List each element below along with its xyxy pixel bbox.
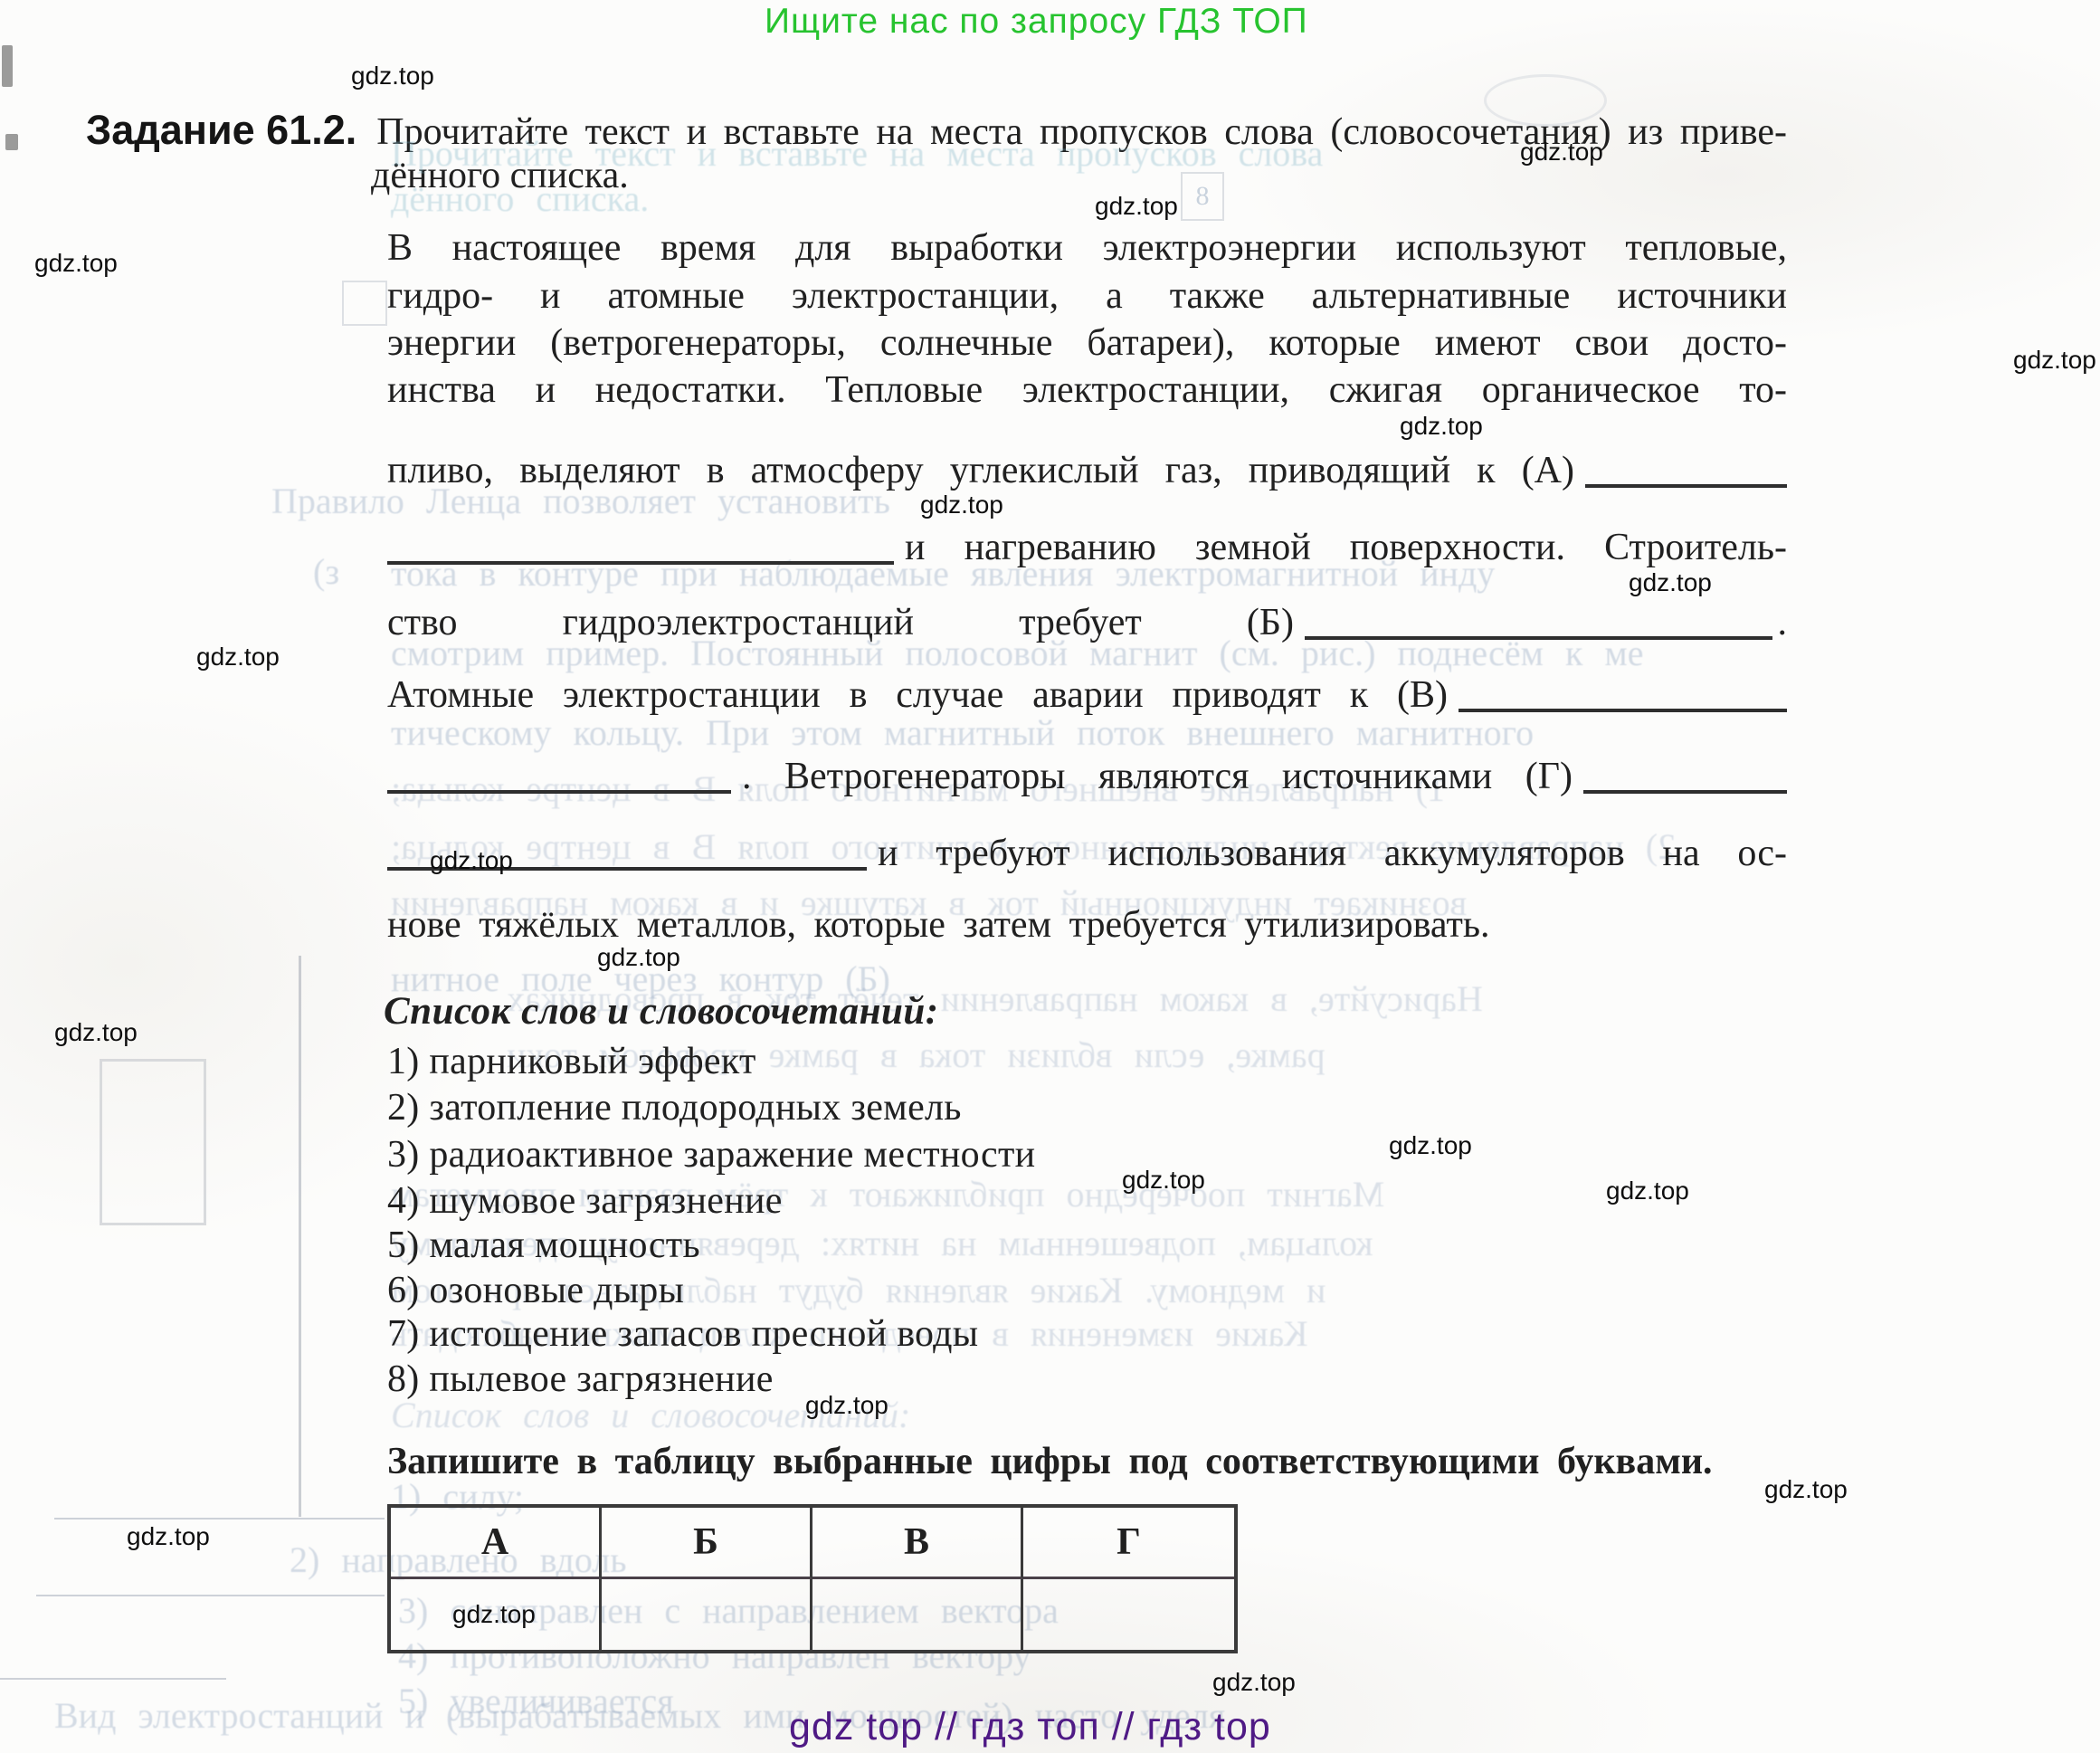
scanned-workbook-page: Ищите нас по запросу ГДЗ ТОП Задание 61.… — [0, 0, 2100, 1753]
passage-line: гидро- и атомные электростанции, а также… — [387, 275, 1787, 317]
gdz-watermark: gdz.top — [1212, 1668, 1296, 1697]
gdz-watermark: gdz.top — [1389, 1131, 1472, 1160]
bleedthrough-text: (з — [313, 550, 339, 593]
gdz-watermark: gdz.top — [452, 1600, 536, 1629]
passage-line-text: . Ветрогенераторы являются источниками (… — [742, 757, 1573, 797]
passage-line: . Ветрогенераторы являются источниками (… — [387, 750, 1787, 797]
table-answer-cell — [1023, 1579, 1234, 1650]
gdz-watermark: gdz.top — [920, 491, 1003, 519]
answer-table: АБВГ — [387, 1504, 1238, 1653]
gdz-watermark: gdz.top — [597, 943, 680, 972]
word-list-item: 8) пылевое загрязнение — [387, 1358, 774, 1401]
word-list-item: 6) озоновые дыры — [387, 1269, 684, 1312]
passage-line: пливо, выделяют в атмосферу углекислый г… — [387, 444, 1787, 491]
gdz-watermark: gdz.top — [351, 62, 434, 91]
scan-artifact-hline — [36, 1595, 385, 1596]
gdz-watermark: gdz.top — [805, 1391, 888, 1420]
passage-line: инства и недостатки. Тепловые электроста… — [387, 369, 1787, 411]
scan-artifact-vline — [299, 956, 301, 1517]
passage-line-text: и нагреванию земной поверхности. Строите… — [905, 528, 1787, 568]
gdz-watermark: gdz.top — [1400, 412, 1483, 441]
gdz-watermark: gdz.top — [127, 1522, 210, 1551]
passage-line: В настоящее время для выработки электроэ… — [387, 227, 1787, 269]
scan-artifact-ellipse — [1484, 74, 1607, 127]
word-list-item: 2) затопление плодородных земель — [387, 1086, 962, 1129]
table-header-cell: А — [391, 1508, 602, 1579]
scan-artifact-speck — [5, 134, 18, 150]
table-answer-cell — [602, 1579, 812, 1650]
passage-line-text: ство гидроэлектростанций требует (Б) — [387, 603, 1294, 643]
answer-blank-line — [387, 779, 731, 794]
passage-line: и нагреванию земной поверхности. Строите… — [387, 521, 1787, 568]
word-list-item: 3) радиоактивное заражение местности — [387, 1133, 1035, 1177]
gdz-watermark: gdz.top — [196, 643, 280, 672]
scan-artifact-boxglyph — [342, 281, 387, 326]
table-header-cell: В — [812, 1508, 1023, 1579]
passage-line: и требуют использования аккумуляторов на… — [387, 827, 1787, 874]
word-list-item: 5) малая мощность — [387, 1224, 700, 1267]
scan-artifact-hline — [0, 1678, 226, 1680]
bleedthrough-text: тическому кольцу. При этом магнитный пот… — [391, 711, 1534, 754]
scan-artifact-speck — [2, 45, 13, 87]
word-list-item: 4) шумовое загрязнение — [387, 1179, 783, 1223]
answer-blank-line — [387, 550, 894, 565]
scan-artifact-boxglyph: 8 — [1181, 172, 1224, 221]
promo-banner-top: Ищите нас по запросу ГДЗ ТОП — [765, 2, 1308, 42]
passage-line: ство гидроэлектростанций требует (Б). — [387, 596, 1787, 643]
gdz-watermark: gdz.top — [430, 846, 513, 875]
answer-blank-line — [1583, 779, 1787, 794]
answer-blank-line — [1585, 473, 1787, 488]
gdz-watermark: gdz.top — [2013, 346, 2096, 375]
scan-artifact-hline — [54, 1518, 385, 1520]
gdz-watermark: gdz.top — [34, 249, 118, 278]
passage-line: нове тяжёлых металлов, которые затем тре… — [387, 903, 1489, 947]
bleedthrough-text: Прочитайте текст и вставьте на места про… — [391, 132, 1323, 175]
answer-blank-line — [1459, 698, 1787, 712]
gdz-watermark: gdz.top — [1629, 568, 1712, 597]
gdz-watermark: gdz.top — [1606, 1177, 1689, 1205]
answer-blank-line — [1305, 625, 1772, 640]
gdz-watermark: gdz.top — [1520, 138, 1603, 167]
bleedthrough-text: дённого списка. — [391, 177, 649, 220]
passage-line-text: пливо, выделяют в атмосферу углекислый г… — [387, 451, 1574, 491]
scan-artifact-rect — [100, 1059, 206, 1225]
promo-banner-bottom: gdz top // гдз топ // гдз top — [789, 1705, 1271, 1749]
passage-line: Атомные электростанции в случае аварии п… — [387, 669, 1787, 716]
line-end-period: . — [1778, 603, 1788, 643]
word-list-heading: Список слов и словосочетаний: — [384, 989, 939, 1034]
passage-line: энергии (ветрогенераторы, солнечные бата… — [387, 322, 1787, 364]
table-caption: Запишите в таблицу выбранные цифры под с… — [387, 1440, 1713, 1483]
passage-line-text: и требуют использования аккумуляторов на… — [878, 834, 1787, 874]
gdz-watermark: gdz.top — [54, 1018, 138, 1047]
table-answer-cell — [812, 1579, 1023, 1650]
gdz-watermark: gdz.top — [1095, 192, 1178, 221]
word-list-item: 1) парниковый эффект — [387, 1040, 756, 1083]
gdz-watermark: gdz.top — [1764, 1475, 1848, 1504]
gdz-watermark: gdz.top — [1122, 1166, 1205, 1195]
word-list-item: 7) истощение запасов пресной воды — [387, 1312, 978, 1356]
passage-line-text: Атомные электростанции в случае аварии п… — [387, 675, 1448, 716]
table-header-cell: Б — [602, 1508, 812, 1579]
task-number-label: Задание 61.2. — [86, 107, 356, 154]
table-header-cell: Г — [1023, 1508, 1234, 1579]
